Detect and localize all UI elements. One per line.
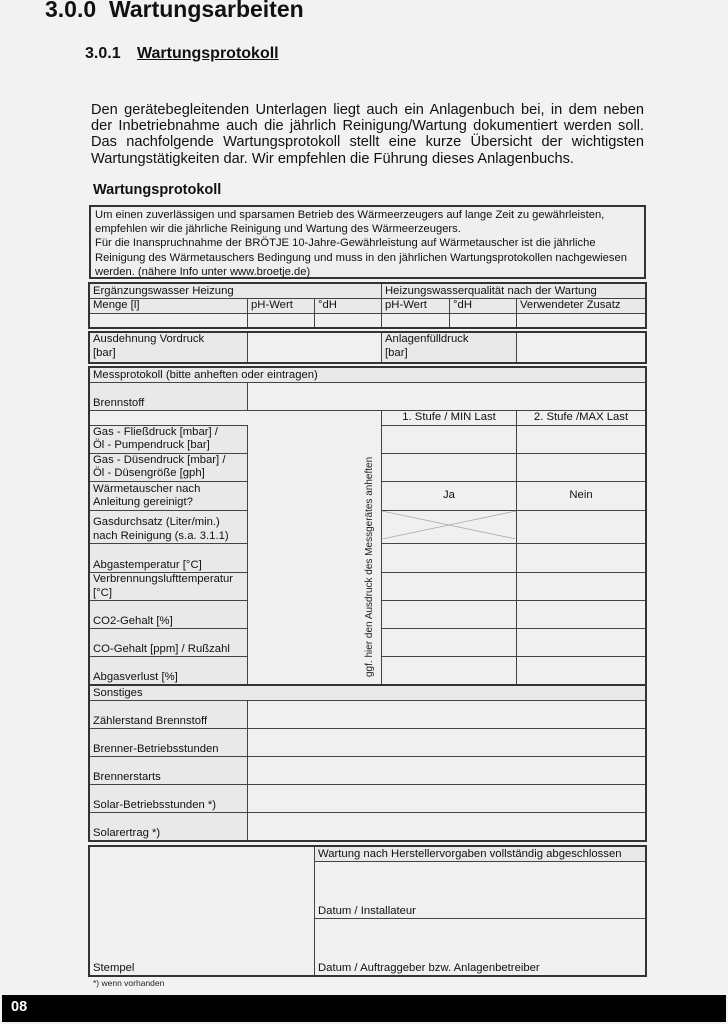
stamp-label: Stempel bbox=[93, 962, 134, 974]
solar-yield-label: Solarertrag *) bbox=[90, 813, 248, 841]
cross-out-icon bbox=[382, 511, 516, 539]
stage-1-input[interactable] bbox=[382, 425, 517, 453]
menge-input[interactable] bbox=[90, 313, 248, 327]
crossed-out-cell bbox=[382, 510, 517, 544]
operator-signature-field[interactable]: Datum / Auftraggeber bzw. Anlagenbetreib… bbox=[315, 919, 646, 976]
measurement-row-label: Gasdurchsatz (Liter/min.)nach Reinigung … bbox=[90, 510, 248, 544]
measurement-row-label: Gas - Fließdruck [mbar] /Öl - Pumpendruc… bbox=[90, 425, 248, 453]
stage-2-input[interactable] bbox=[517, 573, 646, 601]
maintenance-complete-label: Wartung nach Herstellervorgaben vollstän… bbox=[315, 847, 646, 862]
page-footer-bar bbox=[2, 995, 726, 1022]
misc-table: Sonstiges Zählerstand Brennstoff Brenner… bbox=[89, 685, 646, 841]
measurement-row-label: Abgastemperatur [°C] bbox=[90, 544, 248, 573]
stage-1-input[interactable] bbox=[382, 573, 517, 601]
col-dh-1: °dH bbox=[315, 299, 382, 314]
fill-pressure-label: Anlagenfülldruck[bar] bbox=[382, 333, 517, 363]
ph-2-input[interactable] bbox=[382, 313, 450, 327]
signature-table: Stempel Wartung nach Herstellervorgaben … bbox=[89, 846, 646, 976]
water-quality-header: Heizungswasserqualität nach der Wartung bbox=[382, 284, 646, 299]
page-number: 08 bbox=[11, 999, 27, 1015]
stage-2-input[interactable] bbox=[517, 629, 646, 657]
intro-paragraph: Den gerätebegleitenden Unterlagen liegt … bbox=[91, 102, 644, 167]
meter-reading-input[interactable] bbox=[248, 701, 646, 729]
measurement-row-label: Abgasverlust [%] bbox=[90, 657, 248, 685]
installer-signature-field[interactable]: Datum / Installateur bbox=[315, 862, 646, 919]
subsection-number: 3.0.1 bbox=[85, 45, 137, 63]
burner-starts-label: Brennerstarts bbox=[90, 757, 248, 785]
measurement-header: Messprotokoll (bitte anheften oder eintr… bbox=[90, 368, 646, 383]
col-dh-2: °dH bbox=[450, 299, 517, 314]
subsection-heading: 3.0.1Wartungsprotokoll bbox=[85, 45, 279, 63]
col-ph-1: pH-Wert bbox=[248, 299, 315, 314]
section-number: 3.0.0 bbox=[45, 0, 109, 23]
expansion-pressure-input[interactable] bbox=[248, 333, 382, 363]
stage-1-input[interactable] bbox=[382, 629, 517, 657]
attach-printout-note: ggf. hier den Ausdruck des Messgerätes a… bbox=[364, 462, 375, 677]
solar-hours-input[interactable] bbox=[248, 785, 646, 813]
expansion-pressure-label: Ausdehnung Vordruck[bar] bbox=[90, 333, 248, 363]
stamp-field[interactable]: Stempel bbox=[90, 847, 315, 976]
cleaned-yes-option[interactable]: Ja bbox=[382, 481, 517, 510]
col-additive: Verwendeter Zusatz bbox=[517, 299, 646, 314]
pressure-table: Ausdehnung Vordruck[bar] Anlagenfülldruc… bbox=[89, 332, 646, 363]
info-note: Um einen zuverlässigen und sparsamen Bet… bbox=[89, 205, 646, 279]
printout-attach-area bbox=[248, 425, 382, 685]
section-title: Wartungsarbeiten bbox=[109, 0, 304, 22]
subsection-title: Wartungsprotokoll bbox=[137, 45, 279, 62]
fuel-label: Brennstoff bbox=[90, 383, 248, 411]
dh-1-input[interactable] bbox=[315, 313, 382, 327]
col-ph-2: pH-Wert bbox=[382, 299, 450, 314]
supplement-water-header: Ergänzungswasser Heizung bbox=[90, 284, 382, 299]
note-line-1: Um einen zuverlässigen und sparsamen Bet… bbox=[95, 208, 640, 236]
stage-2-header: 2. Stufe /MAX Last bbox=[517, 411, 646, 426]
measurement-row-label: Wärmetauscher nachAnleitung gereinigt? bbox=[90, 481, 248, 510]
stage-2-input[interactable] bbox=[517, 510, 646, 544]
note-line-2: Für die Inanspruchnahme der BRÖTJE 10-Ja… bbox=[95, 236, 640, 279]
col-menge: Menge [l] bbox=[90, 299, 248, 314]
measurement-row-label: Gas - Düsendruck [mbar] /Öl - Düsengröße… bbox=[90, 453, 248, 481]
measurement-row-label: CO2-Gehalt [%] bbox=[90, 601, 248, 629]
burner-hours-label: Brenner-Betriebsstunden bbox=[90, 729, 248, 757]
form-title: Wartungsprotokoll bbox=[93, 182, 221, 198]
stage-1-header: 1. Stufe / MIN Last bbox=[382, 411, 517, 426]
fill-pressure-input[interactable] bbox=[517, 333, 646, 363]
stage-1-input[interactable] bbox=[382, 453, 517, 481]
burner-hours-input[interactable] bbox=[248, 729, 646, 757]
stage-2-input[interactable] bbox=[517, 453, 646, 481]
fuel-input[interactable] bbox=[248, 383, 646, 411]
burner-starts-input[interactable] bbox=[248, 757, 646, 785]
stage-1-input[interactable] bbox=[382, 601, 517, 629]
ph-1-input[interactable] bbox=[248, 313, 315, 327]
stage-1-input[interactable] bbox=[382, 657, 517, 685]
additive-input[interactable] bbox=[517, 313, 646, 327]
footnote: *) wenn vorhanden bbox=[93, 978, 164, 988]
stage-2-input[interactable] bbox=[517, 657, 646, 685]
stage-1-input[interactable] bbox=[382, 544, 517, 573]
solar-hours-label: Solar-Betriebsstunden *) bbox=[90, 785, 248, 813]
stage-2-input[interactable] bbox=[517, 425, 646, 453]
stage-2-input[interactable] bbox=[517, 544, 646, 573]
measurement-row-label: CO-Gehalt [ppm] / Rußzahl bbox=[90, 629, 248, 657]
misc-header: Sonstiges bbox=[90, 686, 646, 701]
meter-reading-label: Zählerstand Brennstoff bbox=[90, 701, 248, 729]
section-heading: 3.0.0Wartungsarbeiten bbox=[45, 0, 304, 23]
measurement-row-label: Verbrennungslufttemperatur[°C] bbox=[90, 573, 248, 601]
solar-yield-input[interactable] bbox=[248, 813, 646, 841]
dh-2-input[interactable] bbox=[450, 313, 517, 327]
cleaned-no-option[interactable]: Nein bbox=[517, 481, 646, 510]
water-quality-table: Ergänzungswasser Heizung Heizungswasserq… bbox=[89, 283, 646, 328]
stage-2-input[interactable] bbox=[517, 601, 646, 629]
